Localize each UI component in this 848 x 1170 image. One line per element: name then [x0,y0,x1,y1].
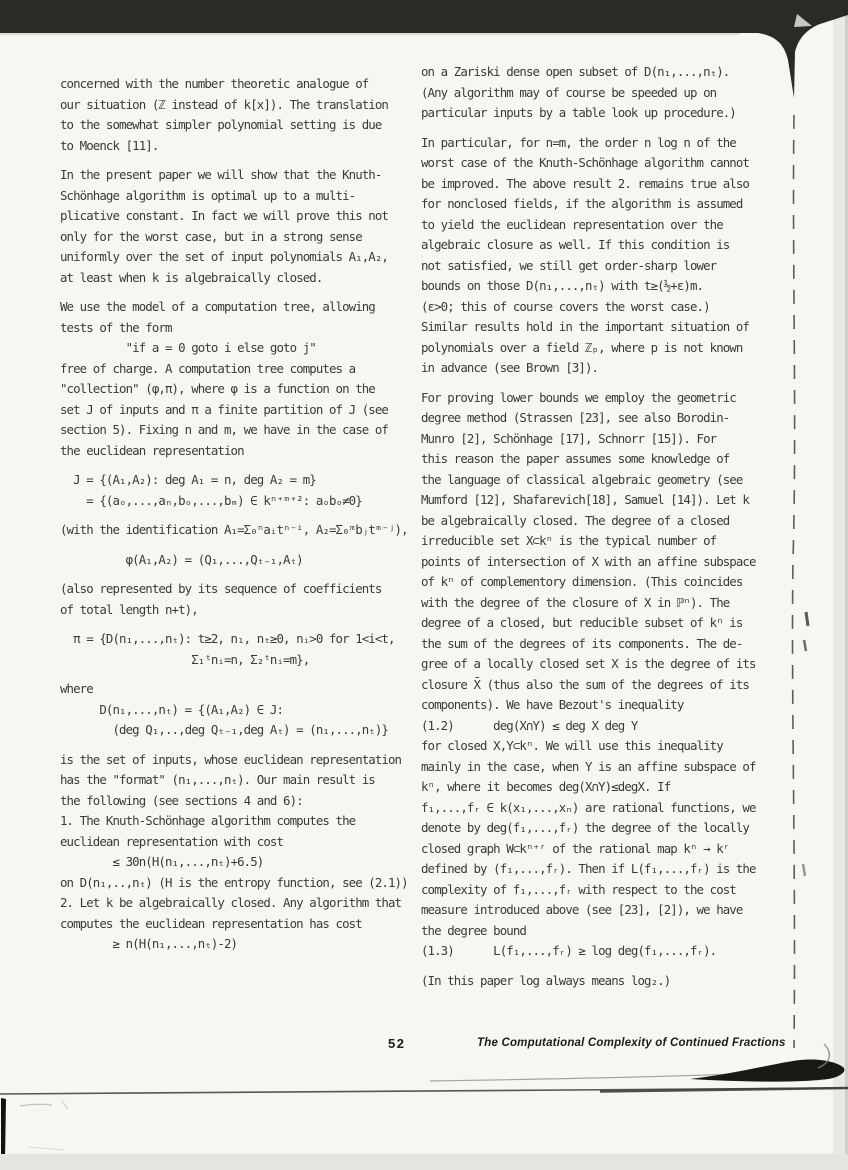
scan-right-strip [833,0,848,1170]
text-line: to yield the euclidean representation ov… [421,215,793,236]
text-line: polynomials over a field ℤₚ, where p is … [421,338,793,359]
left-text-column: concerned with the number theoretic anal… [60,74,420,964]
text-line: of total length n+t), [60,600,420,621]
text-line: has the "format" (n₁,...,nₜ). Our main r… [60,770,420,791]
text-line: concerned with the number theoretic anal… [60,74,420,95]
paragraph: J = {(A₁,A₂): deg A₁ = n, deg A₂ = m} = … [60,470,420,511]
paragraph: π = {D(n₁,...,nₜ): t≥2, n₁, nₜ≥0, nᵢ>0 f… [60,629,420,670]
text-line: f₁,...,fᵣ ∈ k(x₁,...,xₙ) are rational fu… [421,798,793,819]
text-line: our situation (ℤ instead of k[x]). The t… [60,95,420,116]
text-line: at least when k is algebraically closed. [60,268,420,289]
bottom-scan-line-dark [600,1088,848,1092]
bottom-left-bar [1,1098,6,1160]
text-line: computes the euclidean representation ha… [60,914,420,935]
text-line: in advance (see Brown [3]). [421,358,793,379]
text-line: D(n₁,...,nₜ) = {(A₁,A₂) ∈ J: [60,700,420,721]
text-line: the sum of the degrees of its components… [421,634,793,655]
text-line: (Any algorithm may of course be speeded … [421,83,793,104]
running-title: The Computational Complexity of Continue… [477,1037,786,1049]
text-line: algebraic closure as well. If this condi… [421,235,793,256]
paragraph: concerned with the number theoretic anal… [60,74,420,156]
bottom-page-edge-line [430,1073,764,1081]
paragraph: In the present paper we will show that t… [60,165,420,288]
paragraph: (also represented by its sequence of coe… [60,579,420,620]
text-line: (also represented by its sequence of coe… [60,579,420,600]
text-line: Σ₁ᵗnᵢ=n, Σ₂ᵗnᵢ=m}, [60,650,420,671]
binding-mark-3 [803,864,805,876]
text-line: where [60,679,420,700]
text-line: points of intersection of X with an affi… [421,552,793,573]
text-line: to the somewhat simpler polynomial setti… [60,115,420,136]
text-line: the language of classical algebraic geom… [421,470,793,491]
text-line: the euclidean representation [60,441,420,462]
text-line: 1. The Knuth-Schönhage algorithm compute… [60,811,420,832]
text-line: only for the worst case, but in a strong… [60,227,420,248]
text-line: be algebraically closed. The degree of a… [421,511,793,532]
text-line: degree method (Strassen [23], see also B… [421,408,793,429]
bottom-gray-strip [0,1154,848,1170]
text-line: J = {(A₁,A₂): deg A₁ = n, deg A₂ = m} [60,470,420,491]
paragraph: φ(A₁,A₂) = (Q₁,...,Qₜ₋₁,Aₜ) [60,550,420,571]
binding-mark-2 [804,640,806,651]
text-line: for nonclosed fields, if the algorithm i… [421,194,793,215]
text-line: ≥ n(H(n₁,...,nₜ)-2) [60,934,420,955]
bottom-scan-line [0,1088,848,1094]
text-line: is the set of inputs, whose euclidean re… [60,750,420,771]
text-line: kⁿ, where it becomes deg(X∩Y)≤degX. If [421,777,793,798]
text-line: 2. Let k be algebraically closed. Any al… [60,893,420,914]
text-line: plicative constant. In fact we will prov… [60,206,420,227]
text-line: "collection" (φ,π), where φ is a functio… [60,379,420,400]
text-line: particular inputs by a table look up pro… [421,103,793,124]
text-line: on a Zariski dense open subset of D(n₁,.… [421,62,793,83]
paragraph: (with the identification A₁=Σ₀ⁿaᵢtⁿ⁻ⁱ, A… [60,520,420,541]
text-line: Munro [2], Schönhage [17], Schnorr [15])… [421,429,793,450]
text-line: set J of inputs and π a finite partition… [60,400,420,421]
paragraph: where D(n₁,...,nₜ) = {(A₁,A₂) ∈ J: (deg … [60,679,420,741]
paragraph: For proving lower bounds we employ the g… [421,388,793,962]
paragraph: (In this paper log always means log₂.) [421,971,793,992]
pencil-mark-3 [28,1147,64,1150]
text-line: this reason the paper assumes some knowl… [421,449,793,470]
text-line: closed graph W⊂kⁿ⁺ʳ of the rational map … [421,839,793,860]
text-line: (deg Q₁,..,deg Qₜ₋₁,deg Aₜ) = (n₁,...,nₜ… [60,720,420,741]
text-line: "if a = 0 goto i else goto j" [60,338,420,359]
text-line: = {(aₒ,...,aₙ,bₒ,...,bₘ) ∈ kⁿ⁺ᵐ⁺²: aₒbₒ≠… [60,491,420,512]
text-line: tests of the form [60,318,420,339]
text-line: Mumford [12], Shafarevich[18], Samuel [1… [421,490,793,511]
text-line: We use the model of a computation tree, … [60,297,420,318]
pencil-mark-2 [62,1101,68,1109]
text-line: bounds on those D(n₁,...,nₜ) with t≥(½+ε… [421,276,793,297]
top-band-notch [794,14,812,27]
text-line: denote by deg(f₁,...,fᵣ) the degree of t… [421,818,793,839]
text-line: φ(A₁,A₂) = (Q₁,...,Qₜ₋₁,Aₜ) [60,550,420,571]
text-line: irreducible set X⊂kⁿ is the typical numb… [421,531,793,552]
text-line: (1.3) L(f₁,...,fᵣ) ≥ log deg(f₁,...,fᵣ). [421,941,793,962]
text-line: the following (see sections 4 and 6): [60,791,420,812]
right-text-column: on a Zariski dense open subset of D(n₁,.… [421,62,793,1000]
text-line: components). We have Bezout's inequality [421,695,793,716]
paragraph: We use the model of a computation tree, … [60,297,420,461]
text-line: not satisfied, we still get order-sharp … [421,256,793,277]
text-line: defined by (f₁,...,fᵣ). Then if L(f₁,...… [421,859,793,880]
text-line: degree of a closed, but reducible subset… [421,613,793,634]
text-line: free of charge. A computation tree compu… [60,359,420,380]
bottom-swoosh-mark [690,1059,844,1081]
scanned-paper-page: { "colors": { "paper": "#f8f6f1", "ink":… [0,0,848,1170]
paragraph: on a Zariski dense open subset of D(n₁,.… [421,62,793,124]
binding-mark-1 [806,612,808,626]
text-line: on D(n₁,..,nₜ) (H is the entropy functio… [60,873,420,894]
text-line: section 5). Fixing n and m, we have in t… [60,420,420,441]
paragraph: In particular, for n=m, the order n log … [421,133,793,379]
text-line: In the present paper we will show that t… [60,165,420,186]
text-line: π = {D(n₁,...,nₜ): t≥2, n₁, nₜ≥0, nᵢ>0 f… [60,629,420,650]
text-line: worst case of the Knuth-Schönhage algori… [421,153,793,174]
text-line: (1.2) deg(X∩Y) ≤ deg X deg Y [421,716,793,737]
text-line: (with the identification A₁=Σ₀ⁿaᵢtⁿ⁻ⁱ, A… [60,520,420,541]
page-number: 52 [388,1036,405,1051]
text-line: be improved. The above result 2. remains… [421,174,793,195]
text-line: Similar results hold in the important si… [421,317,793,338]
text-line: measure introduced above (see [23], [2])… [421,900,793,921]
text-line: (In this paper log always means log₂.) [421,971,793,992]
text-line: for closed X,Y⊂kⁿ. We will use this ineq… [421,736,793,757]
text-line: to Moenck [11]. [60,136,420,157]
text-line: the degree bound [421,921,793,942]
text-line: ≤ 30n(H(n₁,...,nₜ)+6.5) [60,852,420,873]
page-footer: 52 The Computational Complexity of Conti… [0,1036,820,1056]
text-line: with the degree of the closure of X in ℙ… [421,593,793,614]
text-line: In particular, for n=m, the order n log … [421,133,793,154]
pencil-mark-1 [20,1104,52,1106]
text-line: of kⁿ of complementory dimension. (This … [421,572,793,593]
text-line: Schönhage algorithm is optimal up to a m… [60,186,420,207]
text-line: For proving lower bounds we employ the g… [421,388,793,409]
text-line: uniformly over the set of input polynomi… [60,247,420,268]
text-line: euclidean representation with cost [60,832,420,853]
paragraph: is the set of inputs, whose euclidean re… [60,750,420,955]
text-line: closure X̄ (thus also the sum of the deg… [421,675,793,696]
text-line: complexity of f₁,...,fᵣ with respect to … [421,880,793,901]
text-line: (ε>0; this of course covers the worst ca… [421,297,793,318]
text-line: mainly in the case, when Y is an affine … [421,757,793,778]
text-line: gree of a locally closed set X is the de… [421,654,793,675]
